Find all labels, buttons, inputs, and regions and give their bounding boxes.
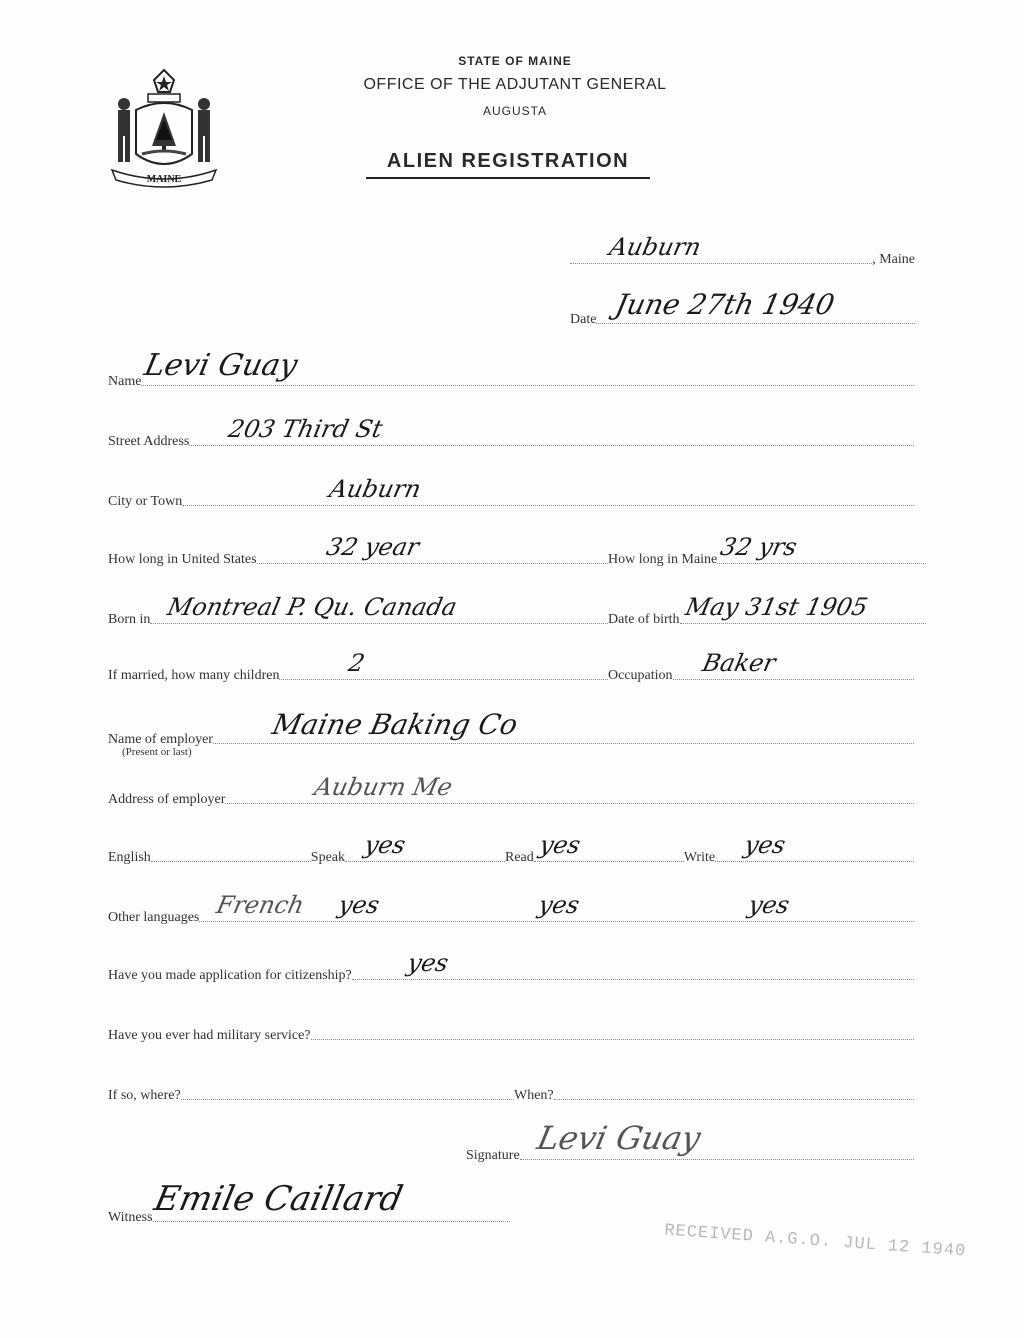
read-label: Read [505,850,534,866]
svg-text:MAINE: MAINE [147,174,182,185]
employer-address-value: Auburn Me [312,773,455,801]
name-label: Name [108,374,141,390]
children-value: 2 [346,649,367,677]
born-in-label: Born in [108,612,150,628]
form-title: ALIEN REGISTRATION [366,150,650,179]
maine-duration-field[interactable]: How long in Maine 32 yrs [608,546,926,568]
speak-label: Speak [311,850,345,866]
date-label: Date [570,312,596,328]
city-field[interactable]: City or Town Auburn [108,488,914,510]
maine-duration-value: 32 yrs [718,533,799,561]
date-of-birth-field[interactable]: Date of birth May 31st 1905 [608,606,926,628]
witness-value: Emile Caillard [150,1179,405,1219]
other-language-write-value: yes [746,891,792,919]
when-field[interactable]: When? [514,1082,914,1104]
born-in-field[interactable]: Born in Montreal P. Qu. Canada [108,606,608,628]
street-address-value: 203 Third St [226,415,385,443]
occupation-field[interactable]: Occupation Baker [608,662,914,684]
received-stamp: RECEIVED A.G.O. JUL 12 1940 [664,1221,967,1261]
city-heading: AUGUSTA [300,104,730,118]
occupation-label: Occupation [608,668,673,684]
date-value: June 27th 1940 [613,288,838,321]
english-row: English Speak yes Read yes Write yes [108,844,914,866]
when-label: When? [514,1088,554,1104]
state-heading: STATE OF MAINE [300,54,730,68]
us-duration-value: 32 year [324,533,422,561]
english-write-value: yes [742,831,788,859]
english-write-field[interactable]: yes [715,861,914,862]
name-field[interactable]: Name Levi Guay [108,368,914,390]
english-read-value: yes [537,831,583,859]
write-label: Write [684,850,715,866]
children-field[interactable]: If married, how many children 2 [108,662,608,684]
us-duration-label: How long in United States [108,552,257,568]
witness-label: Witness [108,1210,153,1226]
street-address-field[interactable]: Street Address 203 Third St [108,428,914,450]
office-heading: OFFICE OF THE ADJUTANT GENERAL [300,76,730,94]
maine-state-seal-icon: MAINE [106,66,222,188]
date-of-birth-label: Date of birth [608,612,680,628]
english-read-field[interactable]: yes [534,861,684,862]
maine-duration-label: How long in Maine [608,552,717,568]
children-label: If married, how many children [108,668,279,684]
other-languages-field[interactable]: Other languages French yes yes yes [108,904,914,926]
place-suffix: , Maine [872,252,915,268]
occupation-value: Baker [700,649,778,677]
english-label: English [108,850,151,866]
signature-value: Levi Guay [534,1119,704,1157]
citizenship-label: Have you made application for citizenshi… [108,968,352,984]
name-value: Levi Guay [142,348,301,383]
other-language-read-value: yes [536,891,582,919]
citizenship-value: yes [405,949,451,977]
other-languages-label: Other languages [108,910,199,926]
employer-address-field[interactable]: Address of employer Auburn Me [108,786,914,808]
city-label: City or Town [108,494,182,510]
military-service-label: Have you ever had military service? [108,1028,311,1044]
place-value: Auburn [607,233,703,261]
place-field[interactable]: Auburn , Maine [570,246,915,268]
signature-field[interactable]: Signature Levi Guay [466,1142,914,1164]
employer-sublabel: (Present or last) [122,746,192,758]
where-label: If so, where? [108,1088,181,1104]
citizenship-field[interactable]: Have you made application for citizenshi… [108,962,914,984]
date-of-birth-value: May 31st 1905 [683,593,870,621]
us-duration-field[interactable]: How long in United States 32 year [108,546,608,568]
other-language-speak-value: yes [336,891,382,919]
alien-registration-form: MAINE STATE OF MAINE OFFICE OF THE ADJUT… [0,0,1024,1338]
date-field[interactable]: Date June 27th 1940 [570,306,915,328]
english-speak-field[interactable]: yes [345,861,505,862]
witness-field[interactable]: Witness Emile Caillard [108,1204,510,1226]
military-service-field[interactable]: Have you ever had military service? [108,1022,914,1044]
english-speak-value: yes [362,831,408,859]
city-value: Auburn [327,475,423,503]
where-field[interactable]: If so, where? [108,1082,514,1104]
employer-address-label: Address of employer [108,792,225,808]
born-in-value: Montreal P. Qu. Canada [165,593,459,621]
employer-value: Maine Baking Co [269,708,520,741]
street-address-label: Street Address [108,434,189,450]
signature-label: Signature [466,1148,520,1164]
employer-field[interactable]: Name of employer Maine Baking Co [108,726,914,748]
other-language-value: French [214,891,307,919]
